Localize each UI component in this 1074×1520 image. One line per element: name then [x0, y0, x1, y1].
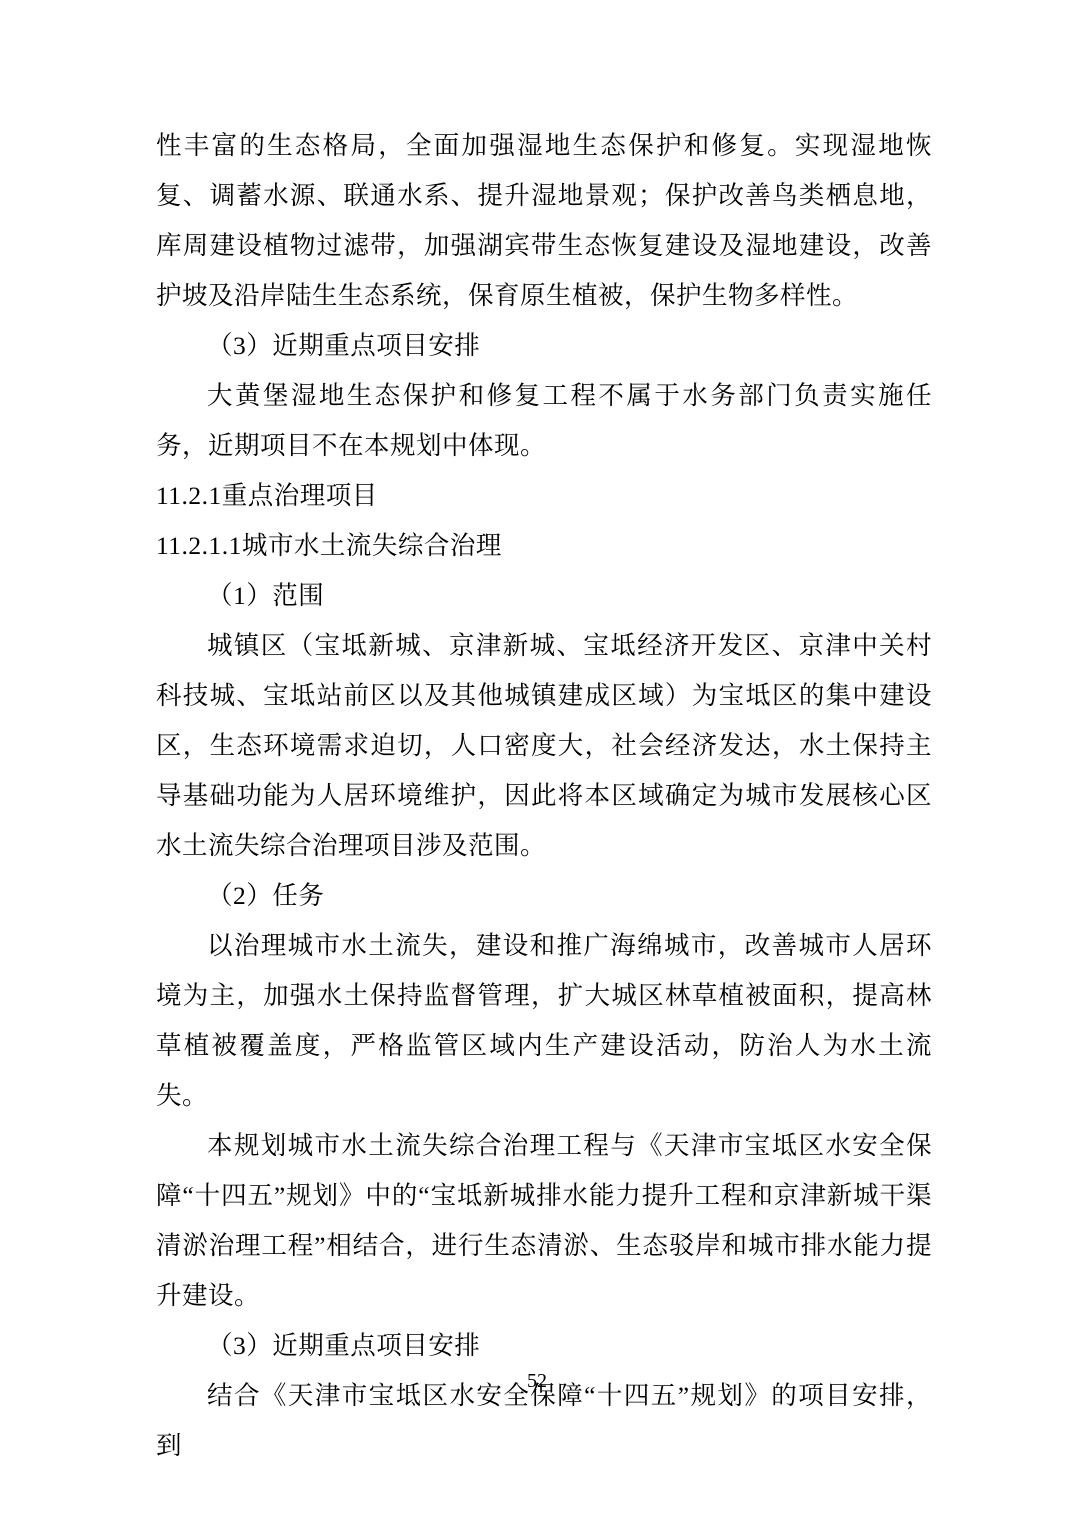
- section-item-heading: （3）近期重点项目安排: [156, 321, 932, 371]
- section-item-heading: （3）近期重点项目安排: [156, 1321, 932, 1371]
- numbered-heading-11-2-1-1: 11.2.1.1城市水土流失综合治理: [156, 521, 932, 571]
- page-number: 52: [527, 1370, 547, 1392]
- section-item-heading: （1）范围: [156, 571, 932, 621]
- paragraph: 以治理城市水土流失，建设和推广海绵城市，改善城市人居环境为主，加强水土保持监督管…: [156, 921, 932, 1121]
- paragraph-continued: 性丰富的生态格局，全面加强湿地生态保护和修复。实现湿地恢复、调蓄水源、联通水系、…: [156, 121, 932, 321]
- page-footer: 52: [0, 1368, 1074, 1394]
- page-text-body: 性丰富的生态格局，全面加强湿地生态保护和修复。实现湿地恢复、调蓄水源、联通水系、…: [156, 121, 932, 1471]
- paragraph: 大黄堡湿地生态保护和修复工程不属于水务部门负责实施任务，近期项目不在本规划中体现…: [156, 371, 932, 471]
- document-page: 性丰富的生态格局，全面加强湿地生态保护和修复。实现湿地恢复、调蓄水源、联通水系、…: [0, 0, 1074, 1520]
- section-item-heading: （2）任务: [156, 871, 932, 921]
- numbered-heading-11-2-1: 11.2.1重点治理项目: [156, 471, 932, 521]
- paragraph: 本规划城市水土流失综合治理工程与《天津市宝坻区水安全保障“十四五”规划》中的“宝…: [156, 1121, 932, 1321]
- paragraph: 城镇区（宝坻新城、京津新城、宝坻经济开发区、京津中关村科技城、宝坻站前区以及其他…: [156, 621, 932, 871]
